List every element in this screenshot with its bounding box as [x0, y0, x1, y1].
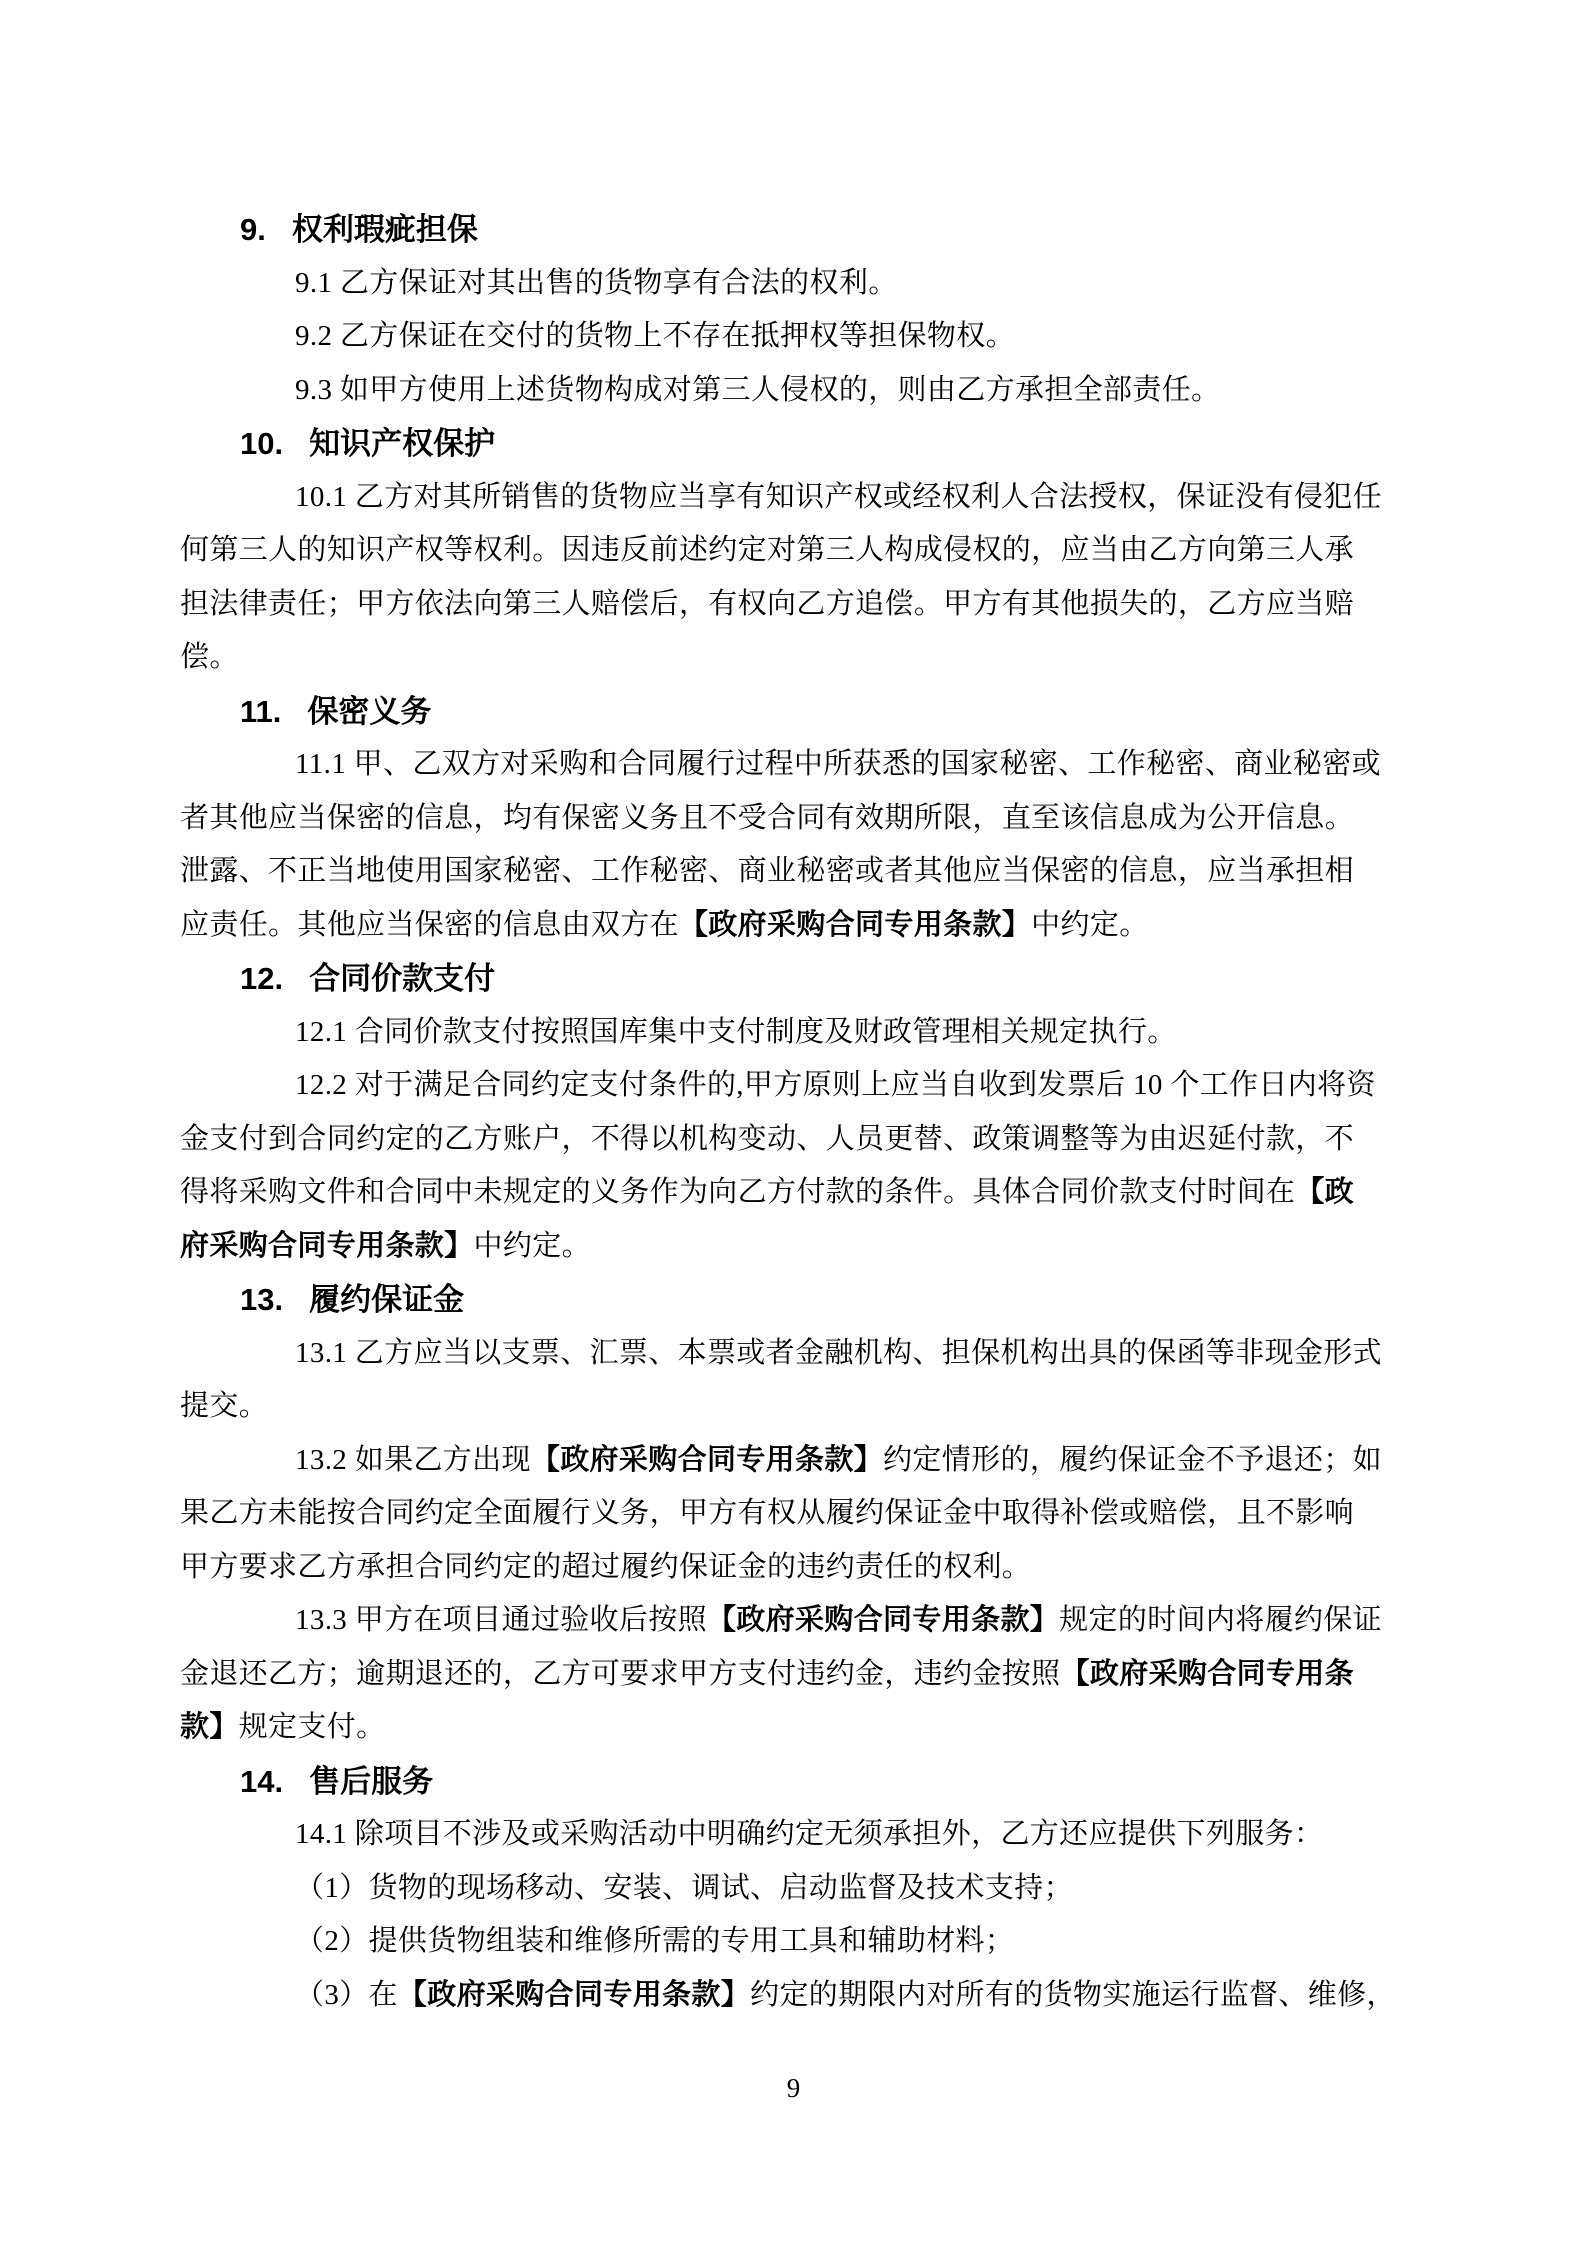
paragraph-line: 偿。 [180, 631, 1365, 685]
text-segment: 11.1 甲、乙双方对采购和合同履行过程中所获悉的国家秘密、工作秘密、商业秘密或 [295, 748, 1381, 780]
paragraph-line: 13.1 乙方应当以支票、汇票、本票或者金融机构、担保机构出具的保函等非现金形式 [180, 1327, 1365, 1381]
text-segment: 14.1 除项目不涉及或采购活动中明确约定无须承担外，乙方还应提供下列服务： [295, 1818, 1323, 1850]
section-heading-12: 12.合同价款支付 [180, 952, 1365, 1006]
section-heading-11: 11.保密义务 [180, 685, 1365, 739]
section-title: 权利瑕疵担保 [292, 212, 478, 247]
paragraph-line: 者其他应当保密的信息，均有保密义务且不受合同有效期所限，直至该信息成为公开信息。 [180, 792, 1365, 846]
text-segment: 13.3 甲方在项目通过验收后按照 [295, 1604, 707, 1636]
section-number: 12. [240, 961, 283, 996]
paragraph-line: 应责任。其他应当保密的信息由双方在【政府采购合同专用条款】中约定。 [180, 899, 1365, 953]
paragraph-line: 13.3 甲方在项目通过验收后按照【政府采购合同专用条款】规定的时间内将履约保证 [180, 1594, 1365, 1648]
text-segment: 偿。 [180, 641, 239, 673]
text-segment: 12.2 对于满足合同约定支付条件的,甲方原则上应当自收到发票后 10 个工作日… [295, 1069, 1376, 1101]
special-terms-reference: 府采购合同专用条款】 [180, 1230, 474, 1262]
text-segment: 12.1 合同价款支付按照国库集中支付制度及财政管理相关规定执行。 [295, 1016, 1177, 1048]
paragraph-line: 款】规定支付。 [180, 1701, 1365, 1755]
section-number: 13. [240, 1282, 283, 1317]
text-segment: 担法律责任；甲方依法向第三人赔偿后，有权向乙方追偿。甲方有其他损失的，乙方应当赔 [180, 588, 1354, 620]
paragraph-line: 13.2 如果乙方出现【政府采购合同专用条款】约定情形的，履约保证金不予退还；如 [180, 1434, 1365, 1488]
paragraph-line: 担法律责任；甲方依法向第三人赔偿后，有权向乙方追偿。甲方有其他损失的，乙方应当赔 [180, 578, 1365, 632]
paragraph-line: 12.2 对于满足合同约定支付条件的,甲方原则上应当自收到发票后 10 个工作日… [180, 1059, 1365, 1113]
text-segment: 金支付到合同约定的乙方账户，不得以机构变动、人员更替、政策调整等为由迟延付款，不 [180, 1123, 1354, 1155]
text-segment: 中约定。 [1031, 909, 1148, 941]
paragraph-line: 泄露、不正当地使用国家秘密、工作秘密、商业秘密或者其他应当保密的信息，应当承担相 [180, 845, 1365, 899]
text-segment: 应责任。其他应当保密的信息由双方在 [180, 909, 679, 941]
section-heading-10: 10.知识产权保护 [180, 417, 1365, 471]
paragraph-line: 金支付到合同约定的乙方账户，不得以机构变动、人员更替、政策调整等为由迟延付款，不 [180, 1113, 1365, 1167]
paragraph-line: 金退还乙方；逾期退还的，乙方可要求甲方支付违约金，违约金按照【政府采购合同专用条 [180, 1648, 1365, 1702]
text-segment: 13.1 乙方应当以支票、汇票、本票或者金融机构、担保机构出具的保函等非现金形式 [295, 1337, 1382, 1369]
section-heading-13: 13.履约保证金 [180, 1273, 1365, 1327]
paragraph-line: 10.1 乙方对其所销售的货物应当享有知识产权或经权利人合法授权，保证没有侵犯任 [180, 471, 1365, 525]
special-terms-reference: 【政 [1295, 1176, 1354, 1208]
text-segment: 13.2 如果乙方出现 [295, 1444, 531, 1476]
section-title: 知识产权保护 [309, 426, 495, 461]
section-heading-14: 14.售后服务 [180, 1755, 1365, 1809]
special-terms-reference: 【政府采购合同专用条 [1061, 1658, 1355, 1690]
page-number: 9 [0, 2072, 1587, 2104]
special-terms-reference: 【政府采购合同专用条款】 [707, 1604, 1059, 1636]
paragraph-line: 果乙方未能按合同约定全面履行义务，甲方有权从履约保证金中取得补偿或赔偿，且不影响 [180, 1487, 1365, 1541]
text-segment: 约定情形的，履约保证金不予退还；如 [883, 1444, 1382, 1476]
section-number: 14. [240, 1764, 283, 1799]
section-title: 履约保证金 [309, 1282, 464, 1317]
paragraph-line: 9.1 乙方保证对其出售的货物享有合法的权利。 [180, 257, 1365, 311]
text-segment: 果乙方未能按合同约定全面履行义务，甲方有权从履约保证金中取得补偿或赔偿，且不影响 [180, 1497, 1354, 1529]
paragraph-line: 府采购合同专用条款】中约定。 [180, 1220, 1365, 1274]
text-segment: （1）货物的现场移动、安装、调试、启动监督及技术支持； [295, 1872, 1073, 1904]
text-segment: 者其他应当保密的信息，均有保密义务且不受合同有效期所限，直至该信息成为公开信息。 [180, 802, 1354, 834]
text-segment: 约定的期限内对所有的货物实施运行监督、维修， [750, 1979, 1396, 2011]
paragraph-line: 何第三人的知识产权等权利。因违反前述约定对第三人构成侵权的，应当由乙方向第三人承 [180, 524, 1365, 578]
section-title: 合同价款支付 [309, 961, 495, 996]
special-terms-reference: 【政府采购合同专用条款】 [531, 1444, 883, 1476]
text-segment: 9.2 乙方保证在交付的货物上不存在抵押权等担保物权。 [295, 320, 1015, 352]
section-number: 11. [240, 694, 281, 729]
paragraph-line: 得将采购文件和合同中未规定的义务作为向乙方付款的条件。具体合同价款支付时间在【政 [180, 1166, 1365, 1220]
text-segment: （3）在 [295, 1979, 398, 2011]
section-number: 9. [240, 212, 266, 247]
text-segment: 10.1 乙方对其所销售的货物应当享有知识产权或经权利人合法授权，保证没有侵犯任 [295, 481, 1382, 513]
paragraph-line: 甲方要求乙方承担合同约定的超过履约保证金的违约责任的权利。 [180, 1541, 1365, 1595]
text-segment: （2）提供货物组装和维修所需的专用工具和辅助材料； [295, 1925, 1014, 1957]
text-segment: 泄露、不正当地使用国家秘密、工作秘密、商业秘密或者其他应当保密的信息，应当承担相 [180, 855, 1354, 887]
text-segment: 得将采购文件和合同中未规定的义务作为向乙方付款的条件。具体合同价款支付时间在 [180, 1176, 1295, 1208]
text-segment: 9.3 如甲方使用上述货物构成对第三人侵权的，则由乙方承担全部责任。 [295, 374, 1220, 406]
list-item-line: （3）在【政府采购合同专用条款】约定的期限内对所有的货物实施运行监督、维修， [180, 1969, 1365, 2023]
section-title: 保密义务 [307, 694, 431, 729]
paragraph-line: 9.2 乙方保证在交付的货物上不存在抵押权等担保物权。 [180, 310, 1365, 364]
text-segment: 中约定。 [474, 1230, 591, 1262]
list-item-line: （1）货物的现场移动、安装、调试、启动监督及技术支持； [180, 1862, 1365, 1916]
special-terms-reference: 【政府采购合同专用条款】 [398, 1979, 750, 2011]
paragraph-line: 12.1 合同价款支付按照国库集中支付制度及财政管理相关规定执行。 [180, 1006, 1365, 1060]
text-segment: 规定的时间内将履约保证 [1059, 1604, 1382, 1636]
text-segment: 金退还乙方；逾期退还的，乙方可要求甲方支付违约金，违约金按照 [180, 1658, 1061, 1690]
paragraph-line: 14.1 除项目不涉及或采购活动中明确约定无须承担外，乙方还应提供下列服务： [180, 1808, 1365, 1862]
text-segment: 提交。 [180, 1390, 268, 1422]
special-terms-reference: 【政府采购合同专用条款】 [679, 909, 1031, 941]
section-heading-9: 9.权利瑕疵担保 [180, 203, 1365, 257]
section-number: 10. [240, 426, 283, 461]
text-segment: 何第三人的知识产权等权利。因违反前述约定对第三人构成侵权的，应当由乙方向第三人承 [180, 534, 1354, 566]
paragraph-line: 11.1 甲、乙双方对采购和合同履行过程中所获悉的国家秘密、工作秘密、商业秘密或 [180, 738, 1365, 792]
text-segment: 9.1 乙方保证对其出售的货物享有合法的权利。 [295, 267, 898, 299]
list-item-line: （2）提供货物组装和维修所需的专用工具和辅助材料； [180, 1915, 1365, 1969]
text-segment: 甲方要求乙方承担合同约定的超过履约保证金的违约责任的权利。 [180, 1551, 1031, 1583]
contract-body: 9.权利瑕疵担保 9.1 乙方保证对其出售的货物享有合法的权利。 9.2 乙方保… [180, 203, 1365, 2022]
contract-page: 9.权利瑕疵担保 9.1 乙方保证对其出售的货物享有合法的权利。 9.2 乙方保… [0, 0, 1587, 2245]
section-title: 售后服务 [309, 1764, 433, 1799]
text-segment: 规定支付。 [239, 1711, 386, 1743]
paragraph-line: 9.3 如甲方使用上述货物构成对第三人侵权的，则由乙方承担全部责任。 [180, 364, 1365, 418]
special-terms-reference: 款】 [180, 1711, 239, 1743]
paragraph-line: 提交。 [180, 1380, 1365, 1434]
